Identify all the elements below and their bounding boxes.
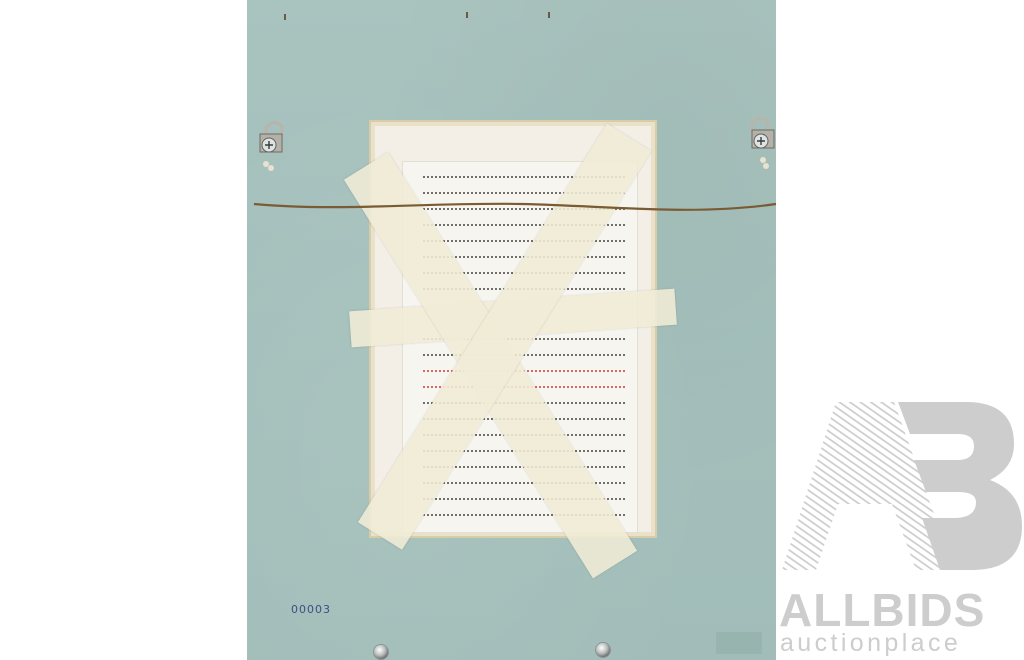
board-mark — [548, 12, 550, 18]
inventory-mark: 00003 — [291, 603, 331, 616]
watermark-tagline: auctionplace — [780, 629, 961, 658]
hanging-wire — [252, 198, 778, 220]
board-mark — [466, 12, 468, 18]
screw-icon — [374, 645, 388, 659]
ab-monogram-icon — [776, 398, 1024, 578]
screw-icon — [596, 643, 610, 657]
board-mark — [284, 14, 286, 20]
d-ring-hanger-left — [256, 118, 288, 176]
d-ring-hanger-right — [746, 114, 778, 172]
allbids-watermark: ALLBIDS auctionplace — [776, 398, 1024, 660]
sticker-residue — [716, 632, 762, 654]
